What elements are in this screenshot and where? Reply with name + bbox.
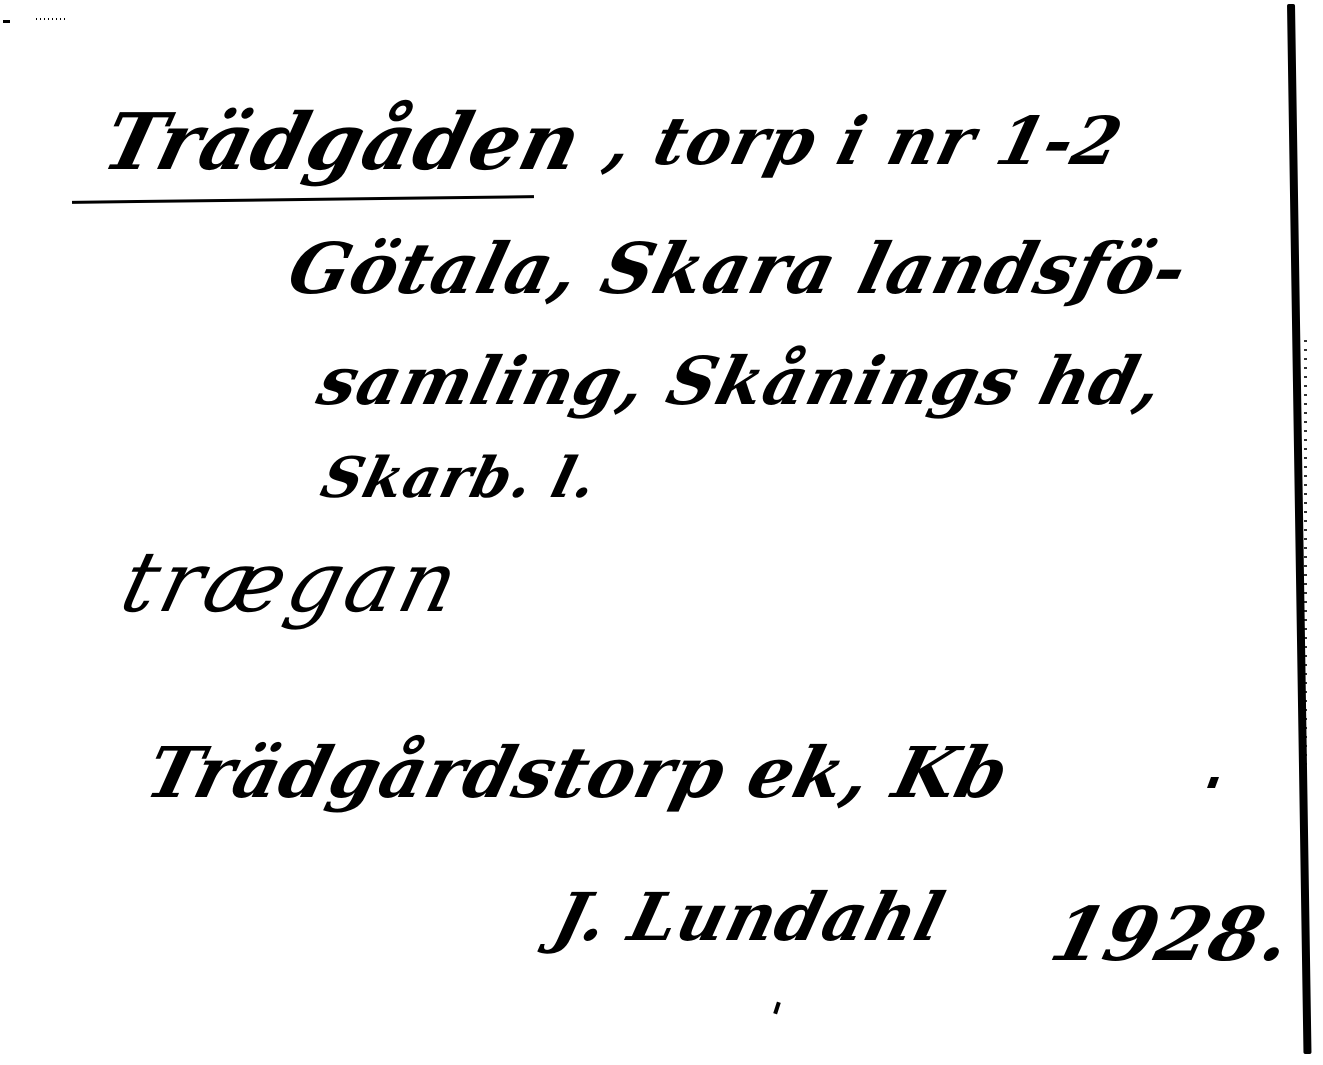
location-line-4: Skarb. l. <box>316 450 603 506</box>
collector-signature: J. Lundahl <box>548 884 951 950</box>
scan-noise <box>1304 340 1307 1040</box>
location-line-3: samling, Skånings hd, <box>312 348 1170 414</box>
scan-noise <box>36 18 66 20</box>
headword-underline <box>72 195 534 204</box>
year: 1928. <box>1044 898 1299 972</box>
scan-mark <box>3 20 10 23</box>
normalized-form: Trädgårdstorp ek, Kb <box>140 738 1016 808</box>
location-line-1: , torp i nr 1-2 <box>600 108 1129 174</box>
ink-mark <box>1207 777 1219 788</box>
archive-card: Trädgåden , torp i nr 1-2 Götala, Skara … <box>0 0 1323 1065</box>
location-line-2: Götala, Skara landsfö- <box>282 234 1194 304</box>
dialect-form: trægan <box>114 540 470 624</box>
headword: Trädgåden <box>96 104 589 182</box>
ink-mark <box>773 1002 781 1015</box>
